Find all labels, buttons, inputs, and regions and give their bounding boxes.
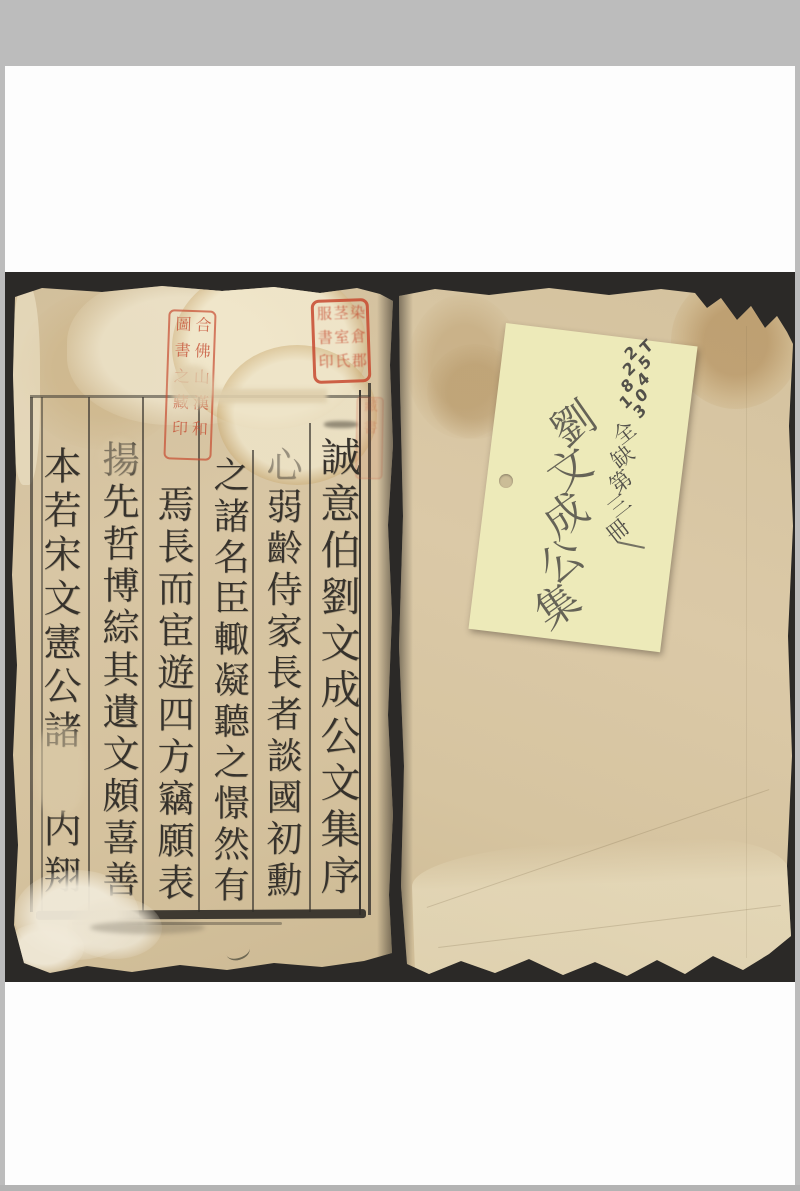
square-collector-seal: 染倉郡 茎室氏 服書印 [311, 298, 372, 384]
viewer-bottom-band [0, 1185, 800, 1191]
ink-smudge [90, 921, 205, 934]
frame-damage-gap [197, 389, 327, 403]
damaged-character: 心 [261, 446, 302, 488]
wear-patch [98, 437, 140, 479]
seal-text-column: 服書印 [316, 305, 334, 377]
column-rule [88, 397, 90, 912]
wear-patch [36, 725, 84, 815]
punched-hole [499, 474, 513, 488]
text-column: 之諸名臣輙凝聽之憬然有 [210, 456, 246, 907]
stain [12, 285, 40, 485]
right-page: 2281 T 5403 全缺第三冊 劉文成公集 [399, 286, 793, 980]
ink-smudge [324, 421, 358, 428]
seal-text-column: 染倉郡 [349, 304, 367, 376]
seal-text-column: 藏書 [362, 398, 377, 478]
text-column: 焉長而宦遊四方竊願表 [154, 485, 191, 905]
fold-crease [746, 326, 747, 958]
column-rule [198, 397, 200, 912]
text-column-title: 誠意伯劉文成公文集序 [317, 436, 357, 901]
ink-mark [224, 940, 252, 964]
text-column: 揚先哲博綜其遺文頗喜善 [99, 440, 136, 902]
left-page: 合佛山漢和 圖書之藏印 染倉郡 茎室氏 服書印 藏書 誠意伯劉文成公文集序 心弱… [12, 285, 393, 975]
column-rule [142, 397, 144, 912]
text-column: 本若宋文憲公諸 [40, 446, 78, 754]
text-column: 心弱齡侍家長者談國初勳 [263, 446, 299, 903]
frame-line [30, 397, 33, 912]
column-rule [309, 423, 311, 912]
seal-faded-area [170, 365, 214, 409]
scan-viewer: { "viewer": { "band_color": "#bcbcbc", "… [0, 0, 800, 1191]
seal-text-column: 茎室氏 [332, 305, 350, 377]
column-text: 弱齡侍家長者談國初勳 [261, 488, 302, 903]
column-rule [252, 450, 254, 912]
